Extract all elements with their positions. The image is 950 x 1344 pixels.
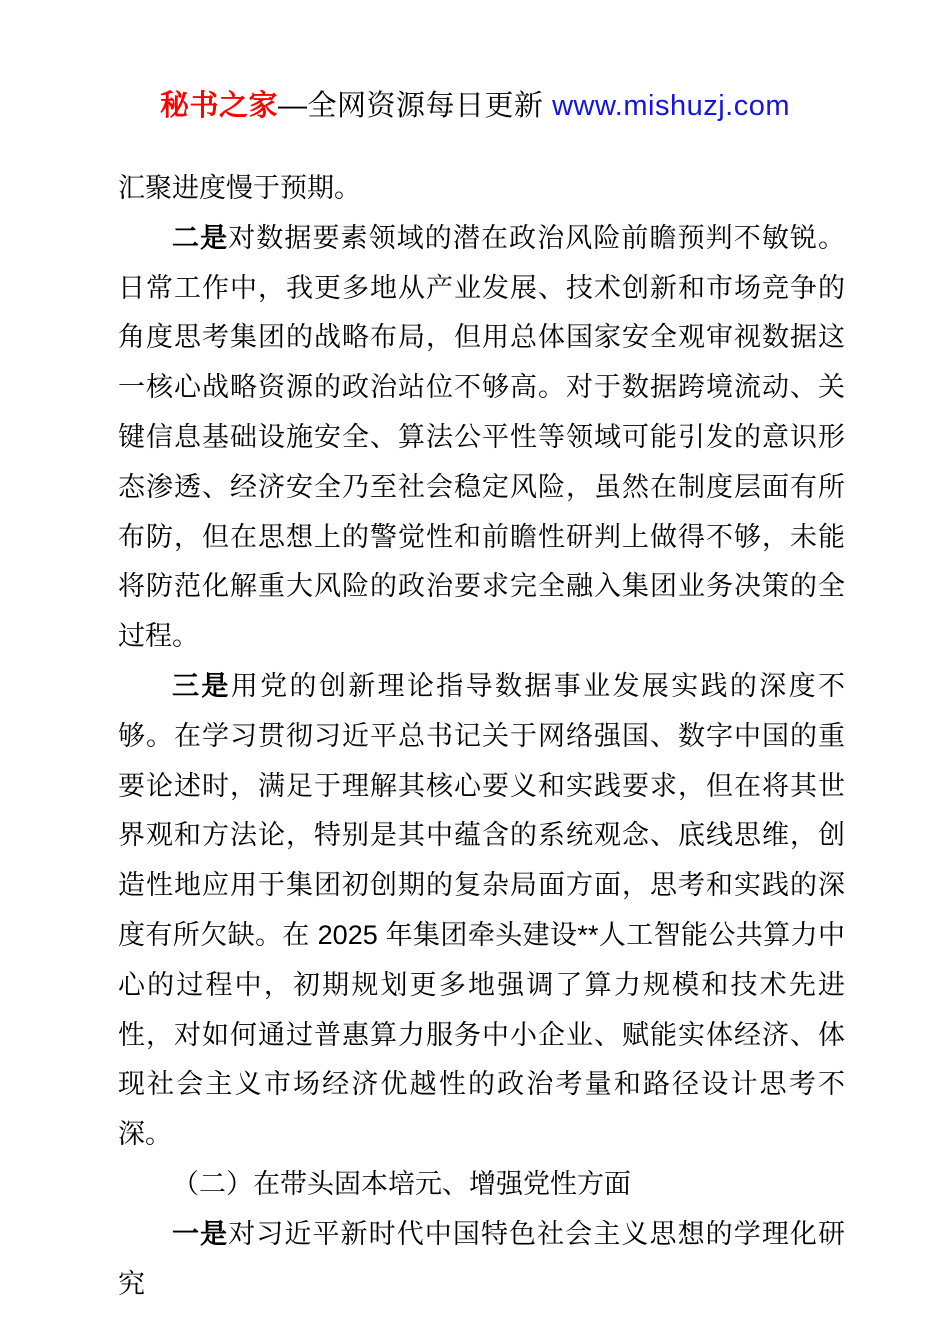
site-url: www.mishuzj.com: [552, 90, 790, 122]
text-run: （二）在带头固本培元、增强党性方面: [172, 1169, 631, 1199]
site-header: 秘书之家—全网资源每日更新 www.mishuzj.com: [0, 84, 950, 128]
text-run: 对习近平新时代中国特色社会主义思想的学理化研究: [118, 1219, 845, 1299]
paragraph: 一是对习近平新时代中国特色社会主义思想的学理化研究: [118, 1210, 845, 1310]
paragraph: 三是用党的创新理论指导数据事业发展实践的深度不够。在学习贯彻习近平总书记关于网络…: [118, 662, 845, 1160]
document-body: 汇聚进度慢于预期。二是对数据要素领域的潜在政治风险前瞻预判不敏锐。日常工作中，我…: [118, 164, 845, 1309]
paragraph: （二）在带头固本培元、增强党性方面: [118, 1160, 845, 1210]
text-run: 汇聚进度慢于预期。: [118, 173, 361, 203]
text-run: 对数据要素领域的潜在政治风险前瞻预判不敏锐。日常工作中，我更多地从产业发展、技术…: [118, 223, 845, 651]
paragraph: 二是对数据要素领域的潜在政治风险前瞻预判不敏锐。日常工作中，我更多地从产业发展、…: [118, 214, 845, 662]
emphasis-run: 一是: [172, 1219, 228, 1249]
text-run: 用党的创新理论指导数据事业发展实践的深度不够。在学习贯彻习近平总书记关于网络强国…: [118, 671, 845, 1149]
document-page: 秘书之家—全网资源每日更新 www.mishuzj.com 汇聚进度慢于预期。二…: [0, 0, 950, 1344]
site-name: 秘书之家: [160, 90, 278, 122]
emphasis-run: 二是: [172, 223, 228, 253]
paragraph: 汇聚进度慢于预期。: [118, 164, 845, 214]
emphasis-run: 三是: [172, 671, 231, 701]
site-tagline: —全网资源每日更新: [278, 90, 552, 122]
